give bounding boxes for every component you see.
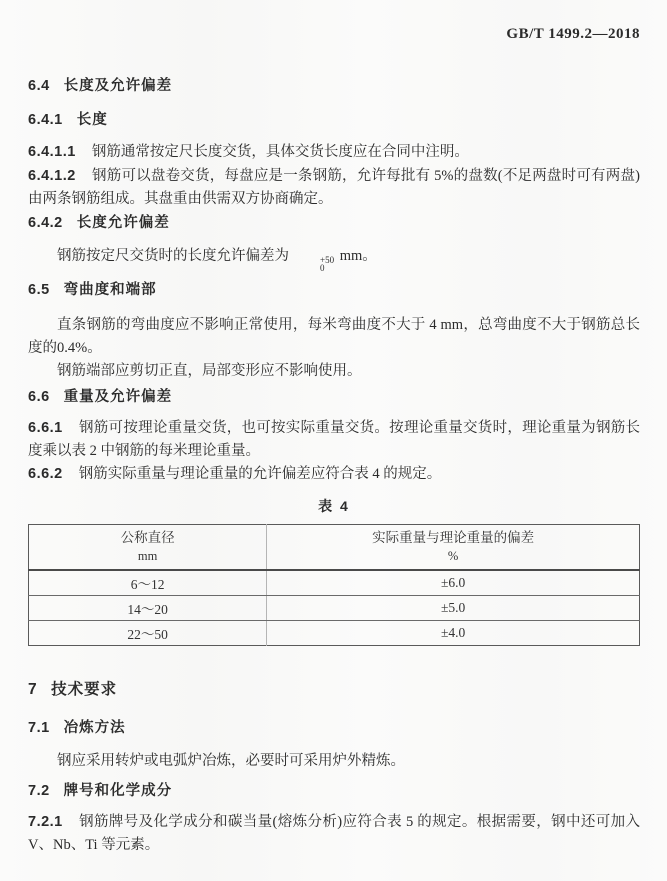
heading-6-4-title: 长度及允许偏差 (64, 78, 173, 94)
table-4-col-diameter-unit: mm (29, 547, 266, 566)
heading-6-4-1: 6.4.1长度 (28, 112, 640, 128)
clause-6-6-1-number: 6.6.1 (28, 420, 63, 436)
length-tolerance-stack: +500 (289, 256, 336, 272)
clause-6-6-2-number: 6.6.2 (28, 466, 63, 482)
clause-7-2-1-text: 钢筋牌号及化学成分和碳当量(熔炼分析)应符合表 5 的规定。根据需要，钢中还可加… (28, 814, 640, 853)
heading-6-6-title: 重量及允许偏差 (64, 389, 173, 405)
heading-7-2-title: 牌号和化学成分 (64, 783, 173, 799)
table-4: 公称直径 mm 实际重量与理论重量的偏差 % 6～12 ±6.0 14～20 ±… (28, 524, 640, 646)
heading-7-2-number: 7.2 (28, 783, 50, 799)
table-4-col-deviation-header: 实际重量与理论重量的偏差 % (267, 525, 640, 571)
length-tolerance-lower: 0 (291, 264, 325, 272)
table-4-row-2-diameter: 22～50 (29, 621, 267, 646)
heading-7-1-title: 冶炼方法 (64, 720, 126, 736)
heading-6-4-1-title: 长度 (77, 112, 108, 128)
table-row: 14～20 ±5.0 (29, 596, 640, 621)
heading-6-4-2-title: 长度允许偏差 (77, 215, 170, 231)
heading-6-6-number: 6.6 (28, 389, 50, 405)
heading-6-4-number: 6.4 (28, 78, 50, 94)
table-4-caption: 表 4 (28, 496, 640, 512)
clause-7-2-1-number: 7.2.1 (28, 814, 63, 830)
clause-6-6-1: 6.6.1钢筋可按理论重量交货，也可按实际重量交货。按理论重量交货时，理论重量为… (28, 417, 640, 463)
heading-6-4-2-number: 6.4.2 (28, 215, 63, 231)
document-page: GB/T 1499.2—2018 6.4长度及允许偏差 6.4.1长度 6.4.… (0, 0, 667, 881)
clause-6-4-2-text: 钢筋按定尺交货时的长度允许偏差为+500 mm。 (28, 245, 640, 272)
table-4-row-1-deviation: ±5.0 (267, 596, 640, 621)
table-4-row-2-deviation: ±4.0 (267, 621, 640, 646)
page-header: GB/T 1499.2—2018 (28, 26, 640, 42)
heading-7-2: 7.2牌号和化学成分 (28, 783, 640, 799)
table-4-header-row: 公称直径 mm 实际重量与理论重量的偏差 % (29, 525, 640, 571)
table-row: 6～12 ±6.0 (29, 570, 640, 596)
clause-6-6-1-text: 钢筋可按理论重量交货，也可按实际重量交货。按理论重量交货时，理论重量为钢筋长度乘… (28, 420, 640, 459)
clause-6-4-1-1-number: 6.4.1.1 (28, 144, 76, 160)
heading-7: 7技术要求 (28, 682, 640, 698)
paragraph-bend-limit: 直条钢筋的弯曲度应不影响正常使用，每米弯曲度不大于 4 mm，总弯曲度不大于钢筋… (28, 314, 640, 360)
heading-6-5: 6.5弯曲度和端部 (28, 282, 640, 298)
heading-6-4: 6.4长度及允许偏差 (28, 78, 640, 94)
clause-6-6-2: 6.6.2钢筋实际重量与理论重量的允许偏差应符合表 4 的规定。 (28, 463, 640, 486)
paragraph-smelting-method: 钢应采用转炉或电弧炉冶炼，必要时可采用炉外精炼。 (28, 750, 640, 773)
table-4-row-0-deviation: ±6.0 (267, 570, 640, 596)
table-4-col-deviation-title: 实际重量与理论重量的偏差 (267, 528, 639, 547)
heading-7-title: 技术要求 (51, 681, 117, 698)
heading-7-1-number: 7.1 (28, 720, 50, 736)
heading-6-4-1-number: 6.4.1 (28, 112, 63, 128)
length-tolerance-prefix: 钢筋按定尺交货时的长度允许偏差为 (57, 248, 289, 264)
paragraph-end-cut: 钢筋端部应剪切正直，局部变形应不影响使用。 (28, 360, 640, 383)
doc-number: GB/T 1499.2—2018 (506, 26, 640, 42)
table-row: 22～50 ±4.0 (29, 621, 640, 646)
heading-6-5-title: 弯曲度和端部 (64, 282, 157, 298)
clause-7-2-1: 7.2.1钢筋牌号及化学成分和碳当量(熔炼分析)应符合表 5 的规定。根据需要，… (28, 811, 640, 857)
table-4-row-1-diameter: 14～20 (29, 596, 267, 621)
heading-6-6: 6.6重量及允许偏差 (28, 389, 640, 405)
length-tolerance-upper: +50 (291, 256, 334, 264)
clause-6-6-2-text: 钢筋实际重量与理论重量的允许偏差应符合表 4 的规定。 (79, 466, 442, 482)
table-4-row-0-diameter: 6～12 (29, 570, 267, 596)
clause-6-4-1-1-text: 钢筋通常按定尺长度交货，具体交货长度应在合同中注明。 (92, 144, 469, 160)
table-4-col-diameter-header: 公称直径 mm (29, 525, 267, 571)
length-tolerance-suffix: mm。 (336, 248, 377, 264)
clause-6-4-1-2-number: 6.4.1.2 (28, 168, 76, 184)
table-4-col-diameter-title: 公称直径 (29, 528, 266, 547)
heading-6-5-number: 6.5 (28, 282, 50, 298)
heading-7-number: 7 (28, 681, 37, 698)
heading-6-4-2: 6.4.2长度允许偏差 (28, 215, 640, 231)
clause-6-4-1-1: 6.4.1.1钢筋通常按定尺长度交货，具体交货长度应在合同中注明。 (28, 141, 640, 164)
table-4-col-deviation-unit: % (267, 547, 639, 566)
clause-6-4-1-2-text: 钢筋可以盘卷交货，每盘应是一条钢筋，允许每批有 5%的盘数(不足两盘时可有两盘)… (28, 168, 640, 207)
clause-6-4-1-2: 6.4.1.2钢筋可以盘卷交货，每盘应是一条钢筋，允许每批有 5%的盘数(不足两… (28, 165, 640, 211)
heading-7-1: 7.1冶炼方法 (28, 720, 640, 736)
